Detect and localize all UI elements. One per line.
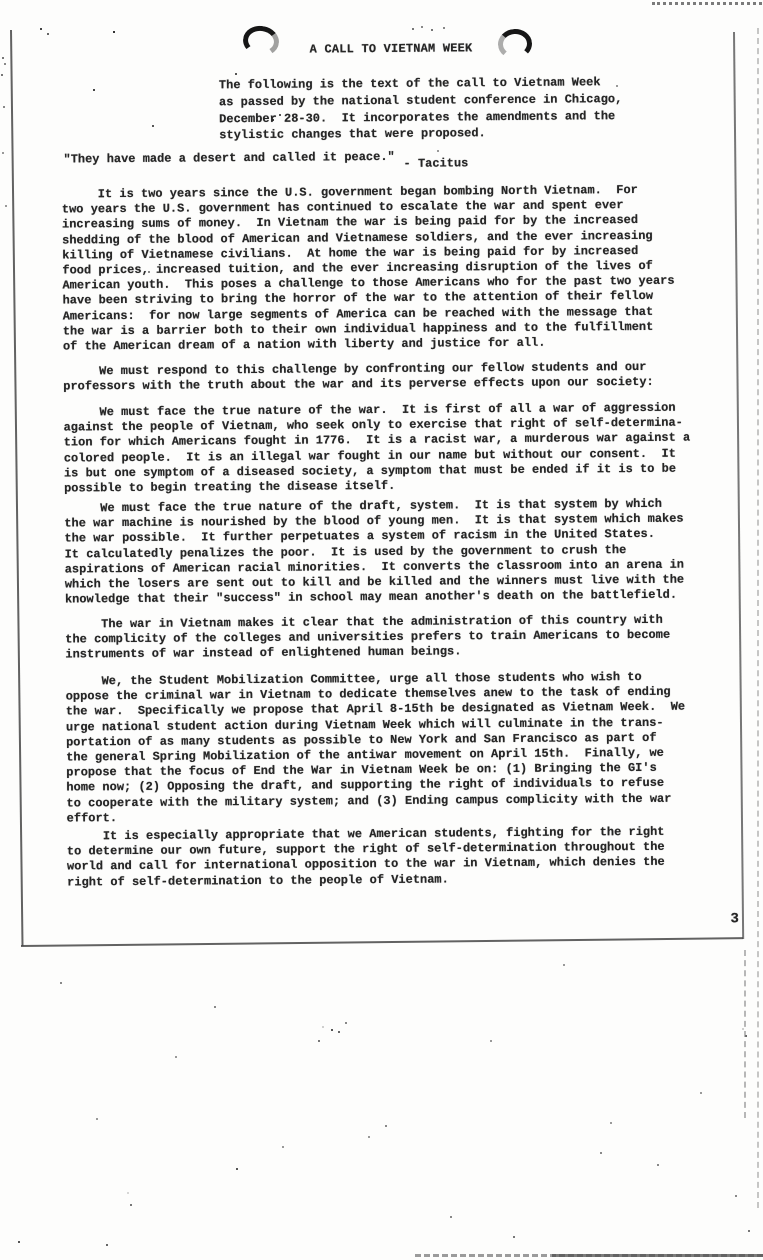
page-number: 3: [730, 912, 739, 927]
body-paragraph: We must respond to this challenge by con…: [63, 359, 755, 395]
epigraph-quote: "They have made a desert and called it p…: [63, 150, 394, 168]
intro-note: The following is the text of the call to…: [219, 74, 670, 145]
scanned-page: A CALL TO VIETNAM WEEK The following is …: [0, 0, 763, 1260]
document-title: A CALL TO VIETNAM WEEK: [310, 41, 473, 57]
body-paragraph: We must face the true nature of the draf…: [64, 496, 757, 608]
scan-noise-specks: [0, 0, 2, 2]
body-paragraph: It is two years since the U.S. governmen…: [62, 182, 755, 355]
body-paragraph: The war in Vietnam makes it clear that t…: [65, 612, 757, 663]
body-paragraph: We must face the true nature of the war.…: [63, 400, 756, 497]
body-paragraph: It is especially appropriate that we Ame…: [67, 824, 759, 890]
epigraph-attribution: - Tacitus: [403, 156, 468, 172]
typed-document-content: A CALL TO VIETNAM WEEK The following is …: [0, 0, 763, 1260]
body-paragraph: We, the Student Mobilization Committee, …: [66, 669, 759, 826]
